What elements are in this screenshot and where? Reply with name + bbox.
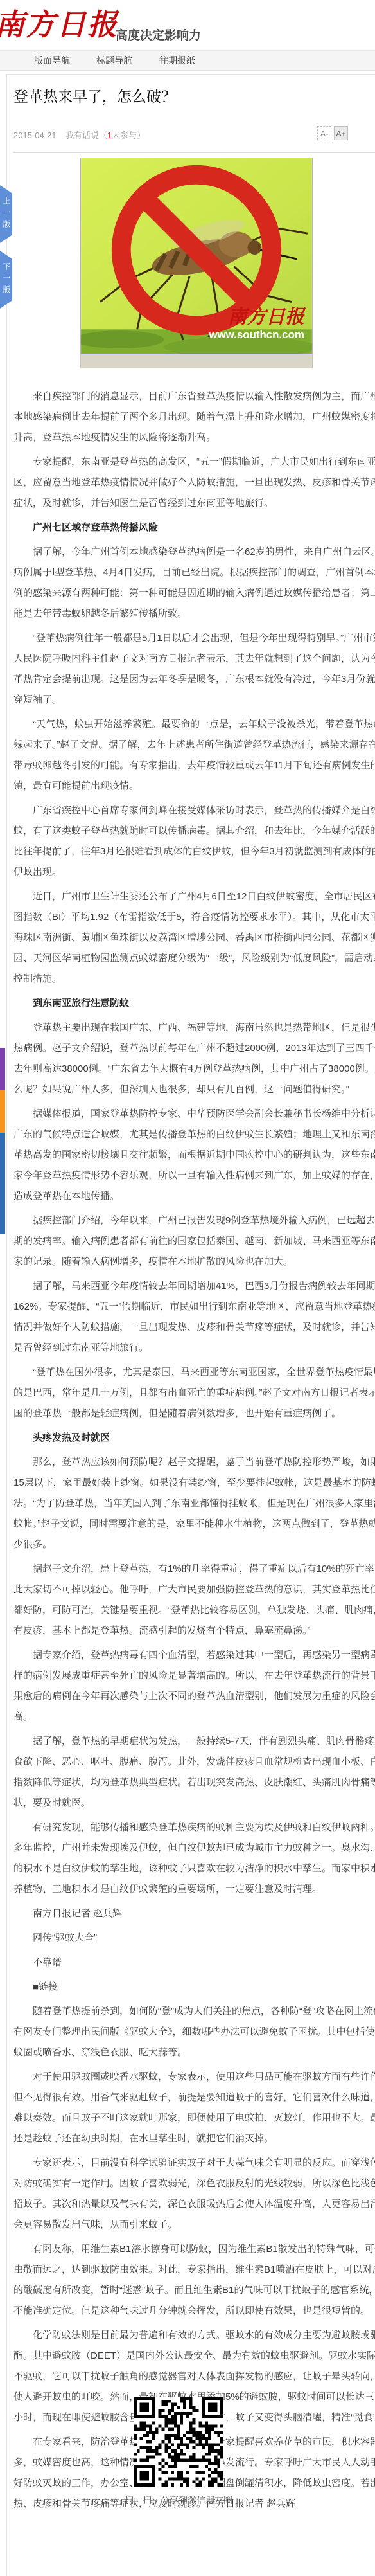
qr-caption: 扫一扫，分享到微信朋友圈 xyxy=(108,2494,249,2507)
section-heading: 头疼发热及时就医 xyxy=(13,1428,375,1448)
section-heading: 广州七区域存登革热传播风险 xyxy=(13,518,375,538)
paragraph: 据专家介绍，登革热病毒有四个血清型，若感染过其中一型后，再感染另一型病毒，这样的… xyxy=(13,1645,375,1727)
paragraph: 不靠谱 xyxy=(13,1952,375,1973)
share-button-blue[interactable] xyxy=(0,1133,5,1234)
paragraph: 据疾控部门介绍，今年以来，广州已报告发现9例登革热境外输入病例，已远超去年同期的… xyxy=(13,1211,375,1272)
paragraph: 随着登革热提前杀到，如何防“登”成为人们关注的焦点，各种防“登”攻略在网上流传。… xyxy=(13,2001,375,2063)
next-page-tab[interactable]: 下一版 xyxy=(0,251,12,309)
paragraph: 对于使用驱蚊圈或喷香水驱蚊，专家表示，使用这些用品可能在驱蚊方面有些许作用，但不… xyxy=(13,2067,375,2149)
paragraph: 据了解，登革热的早期症状为发热，一般持续5-7天，伴有剧烈头痛、肌肉骨骼疼痛、食… xyxy=(13,1731,375,1814)
nav-item-page-navigation[interactable]: 版面导航 xyxy=(34,51,70,70)
site-header: 南方日报 高度决定影响力 xyxy=(0,0,375,50)
article-title: 登革热来早了，怎么破？ xyxy=(13,85,176,106)
top-navbar: 版面导航 标题导航 往期报纸 xyxy=(0,50,375,71)
paragraph: 有研究发现，能够传播和感染登革热疾病的蚊种主要为埃及伊蚊和白纹伊蚊两种。经过多年… xyxy=(13,1817,375,1900)
font-size-decrease-button[interactable]: A- xyxy=(317,126,331,140)
paragraph: “登革热病例往年一般都是5月1日以后才会出现，但是今年出现得特别早。”广州市第一… xyxy=(13,628,375,710)
paragraph: 登革热主要出现在我国广东、广西、福建等地，海南虽然也是热带地区，但是很少登革热病… xyxy=(13,1018,375,1100)
article-meta: 2015-04-21 我有话说（1人参与） xyxy=(13,129,145,141)
comment-link[interactable]: 我有话说（1人参与） xyxy=(65,131,145,140)
watermark-logo-text: 南方日报 xyxy=(228,305,306,328)
wechat-share-qr-code xyxy=(134,2397,223,2487)
paragraph: 网传“驱蚊大全” xyxy=(13,1928,375,1949)
site-tagline: 高度决定影响力 xyxy=(116,26,201,43)
paragraph: 有网友称，用维生素B1溶水擦身可以防蚊，因为维生素B1散发出的特殊气味，可使蚊虫… xyxy=(13,2239,375,2321)
section-heading: 到东南亚旅行注意防蚊 xyxy=(13,993,375,1014)
paragraph: 来自疾控部门的消息显示，目前广东省登革热疫情以输入性散发病例为主，而广州首例本地… xyxy=(13,386,375,448)
font-size-increase-button[interactable]: A+ xyxy=(334,126,348,140)
prev-page-tab[interactable]: 上一版 xyxy=(0,185,12,243)
article-image: 南方日报 www.southcn.com xyxy=(80,158,313,370)
nav-item-past-issues[interactable]: 往期报纸 xyxy=(159,51,195,70)
paragraph: 南方日报记者 赵兵辉 xyxy=(13,1904,375,1924)
paragraph: 那么，登革热应该如何预防呢？赵子文提醒，鉴于当前登革热防控形势严峻，如果住在15… xyxy=(13,1452,375,1555)
paragraph: “天气热，蚊虫开始滋养繁殖。最要命的一点是，去年蚊子没被杀光，带着登革热病毒躲起… xyxy=(13,714,375,797)
share-button-purple[interactable] xyxy=(0,1048,5,1090)
share-button-orange[interactable] xyxy=(0,1090,5,1133)
paragraph: 专家提醒，东南亚是登革热的高发区，“五一”假期临近，广大市民如出行到东南亚等地区… xyxy=(13,452,375,514)
paragraph: 近日，广州市卫生计生委还公布了广州4月6日至12日白纹伊蚊密度，全市居民区布雷图… xyxy=(13,887,375,989)
mosquito-prohibition-image: 南方日报 www.southcn.com xyxy=(80,158,313,354)
paragraph: “登革热在国外很多，尤其是泰国、马来西亚等东南亚国家，全世界登革热疫情最厉害的是… xyxy=(13,1362,375,1424)
paragraph: ■链接 xyxy=(13,1977,375,1997)
article-body: 来自疾控部门的消息显示，目前广东省登革热疫情以输入性散发病例为主，而广州首例本地… xyxy=(13,386,375,2518)
article-date: 2015-04-21 xyxy=(13,131,57,140)
nav-item-headline-navigation[interactable]: 标题导航 xyxy=(96,51,132,70)
paragraph: 据赵子文介绍，患上登革热，有1%的几率得重症，得了重症以后有10%的死亡率，因此… xyxy=(13,1559,375,1641)
image-caption-strip xyxy=(80,354,313,368)
header-divider xyxy=(13,152,375,153)
prev-page-tab-label: 上一版 xyxy=(0,197,12,231)
paragraph: 据了解，今年广州首例本地感染登革热病例是一名62岁的男性，来自广州白云区。该病例… xyxy=(13,542,375,624)
nanfang-daily-logo[interactable]: 南方日报 xyxy=(0,1,118,44)
next-page-tab-label: 下一版 xyxy=(0,262,12,297)
paragraph: 专家还表示，目前没有科学试验证实蚊子对于大蒜气味会有明显的反应。而穿浅色衣服对防… xyxy=(13,2153,375,2235)
article-container: 登革热来早了，怎么破？ 2015-04-21 我有话说（1人参与） A- A+ xyxy=(6,74,375,2576)
paragraph: 据了解，马来西亚今年疫情较去年同期增加41%，巴西3月份报告病例较去年同期增多1… xyxy=(13,1276,375,1358)
watermark-site-text: www.southcn.com xyxy=(208,329,304,341)
page: 南方日报 高度决定影响力 版面导航 标题导航 往期报纸 上一版 下一版 登革热来… xyxy=(0,0,375,2576)
paragraph: 广东省疾控中心首席专家何剑峰在接受媒体采访时表示，登革热的传播媒介是白纹伊蚊，有… xyxy=(13,800,375,883)
paragraph: 据媒体报道，国家登革热防控专家、中华预防医学会副会长兼秘书长杨维中分析认为，广东… xyxy=(13,1104,375,1207)
wechat-share-block: 扫一扫，分享到微信朋友圈 xyxy=(108,2397,249,2507)
